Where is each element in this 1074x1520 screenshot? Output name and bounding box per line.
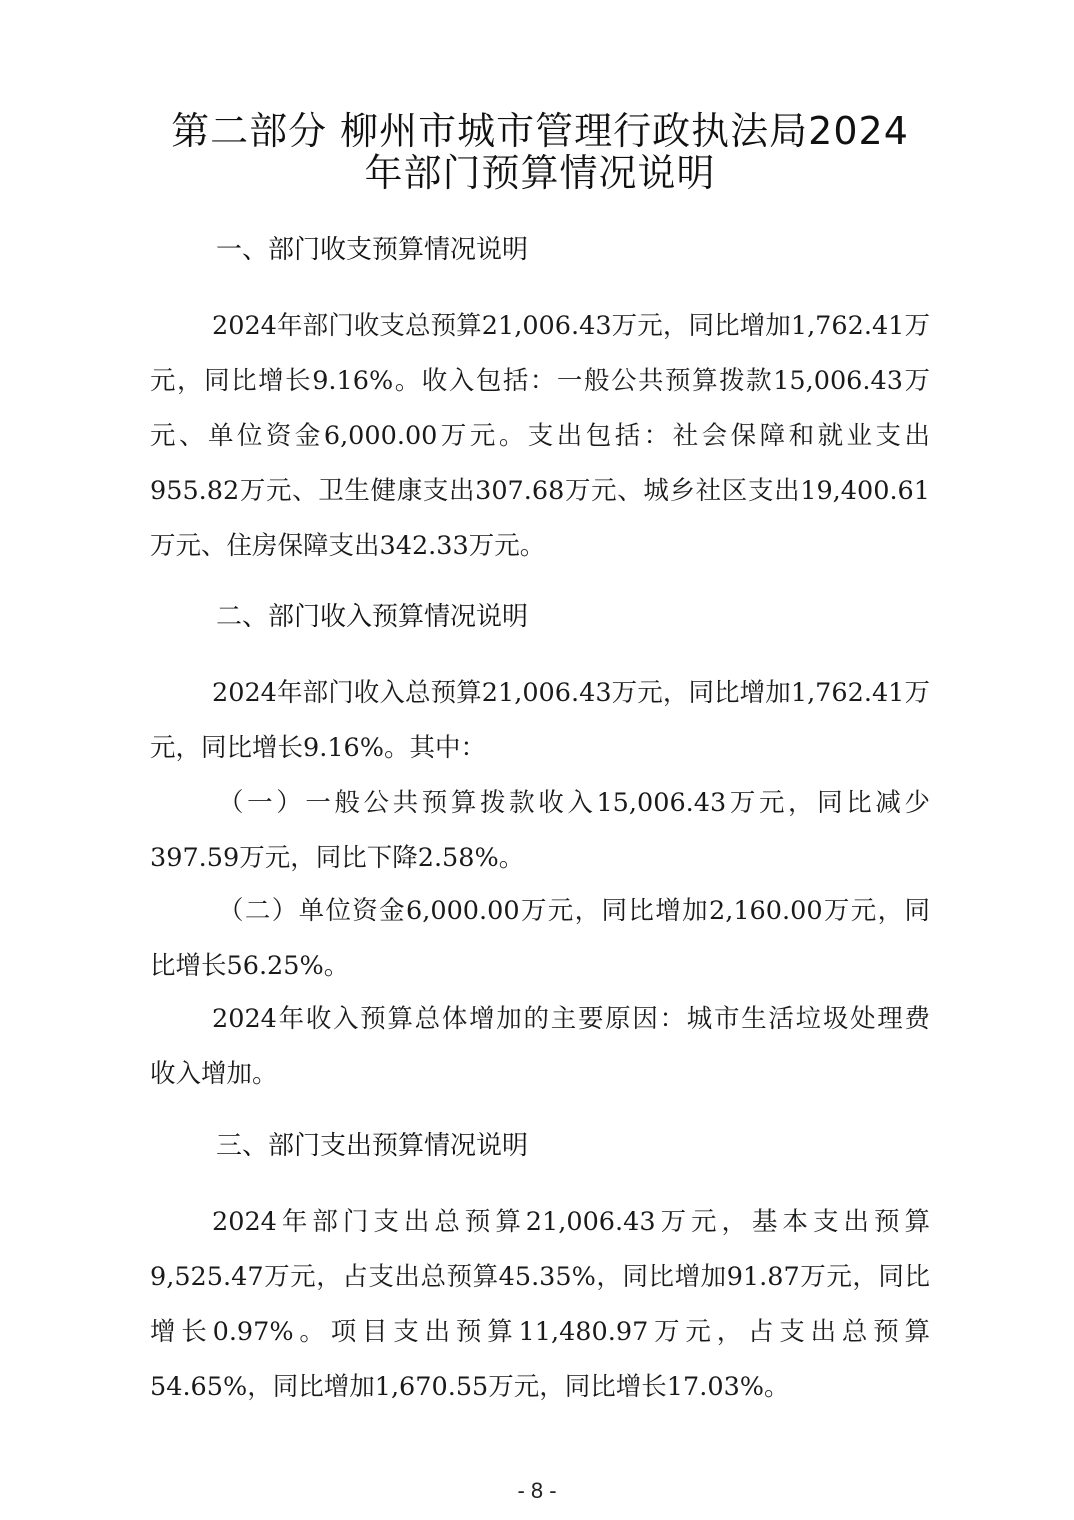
paragraph-line: 9,525.47万元，占支出总预算45.35%，同比增加91.87万元，同比 xyxy=(150,1261,930,1293)
paragraph-line: 收入增加。 xyxy=(150,1058,930,1090)
paragraph-line: 万元、住房保障支出342.33万元。 xyxy=(150,530,930,562)
paragraph-line: 比增长56.25%。 xyxy=(150,950,930,982)
paragraph-line: 955.82万元、卫生健康支出307.68万元、城乡社区支出19,400.61 xyxy=(150,475,930,507)
paragraph-line: 元、单位资金6,000.00万元。支出包括：社会保障和就业支出 xyxy=(150,420,930,452)
document-title-line-1: 第二部分 柳州市城市管理行政执法局2024 xyxy=(150,108,930,154)
page-number: - 8 - xyxy=(0,1478,1074,1504)
paragraph-line: 54.65%，同比增加1,670.55万元，同比增长17.03%。 xyxy=(150,1371,930,1403)
document-title-line-2: 年部门预算情况说明 xyxy=(150,150,930,196)
section-heading-3: 三、部门支出预算情况说明 xyxy=(216,1130,528,1162)
paragraph-line: 2024年部门收入总预算21,006.43万元，同比增加1,762.41万 xyxy=(212,677,930,709)
paragraph-line: 2024年部门收支总预算21,006.43万元，同比增加1,762.41万 xyxy=(212,310,930,342)
paragraph-line: 2024年收入预算总体增加的主要原因：城市生活垃圾处理费 xyxy=(212,1003,930,1035)
paragraph-line: 元，同比增长9.16%。收入包括：一般公共预算拨款15,006.43万 xyxy=(150,365,930,397)
section-heading-1: 一、部门收支预算情况说明 xyxy=(216,234,528,266)
paragraph-line: （二）单位资金6,000.00万元，同比增加2,160.00万元，同 xyxy=(218,895,930,927)
document-page: 第二部分 柳州市城市管理行政执法局2024 年部门预算情况说明 一、部门收支预算… xyxy=(0,0,1074,1520)
paragraph-line: 元，同比增长9.16%。其中： xyxy=(150,732,930,764)
paragraph-line: 增长0.97%。项目支出预算11,480.97万元，占支出总预算 xyxy=(150,1316,930,1348)
section-heading-2: 二、部门收入预算情况说明 xyxy=(216,601,528,633)
paragraph-line: （一）一般公共预算拨款收入15,006.43万元，同比减少 xyxy=(218,787,930,819)
paragraph-line: 2024年部门支出总预算21,006.43万元，基本支出预算 xyxy=(212,1206,930,1238)
paragraph-line: 397.59万元，同比下降2.58%。 xyxy=(150,842,930,874)
